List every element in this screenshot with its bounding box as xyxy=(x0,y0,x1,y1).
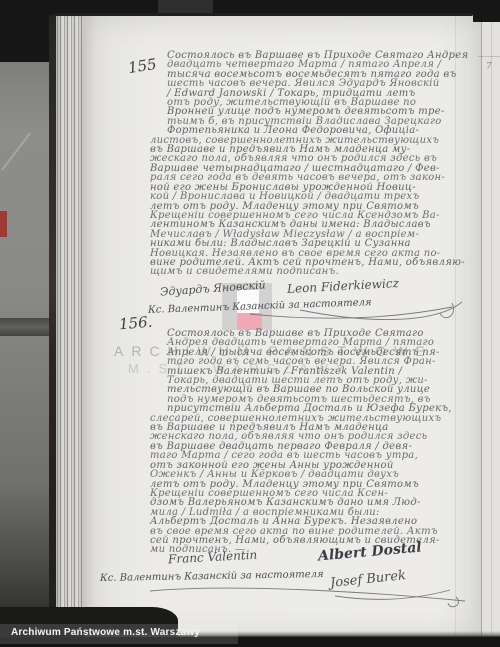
underpage-corner-line xyxy=(478,56,500,57)
background-top-right-corner xyxy=(473,0,500,22)
entry-155-text: Состоялось въ Варшаве въ Приходе Святаго… xyxy=(150,51,462,277)
background-red-object xyxy=(0,211,7,237)
archive-caption-text: Archiwum Państwowe m.st. Warszawy xyxy=(11,627,200,638)
book-fore-edge-pages xyxy=(56,12,86,624)
handwriting-line: щимъ и свидетелями подписанъ. xyxy=(150,267,462,276)
entry-number-156: 156. xyxy=(118,313,153,334)
background-top-highlight xyxy=(158,0,213,13)
entry-156-text: Состоялось въ Варшаве въ Приходе Святаго… xyxy=(150,329,462,555)
scanned-register-page: ARCHIWUM PAŃSTWOWE M.ST. WARSZAWY 155 Со… xyxy=(0,0,500,647)
pencil-margin-mark: 7 xyxy=(486,62,492,72)
page-edge-line xyxy=(491,15,492,640)
page-top-edge-shadow xyxy=(53,13,473,16)
